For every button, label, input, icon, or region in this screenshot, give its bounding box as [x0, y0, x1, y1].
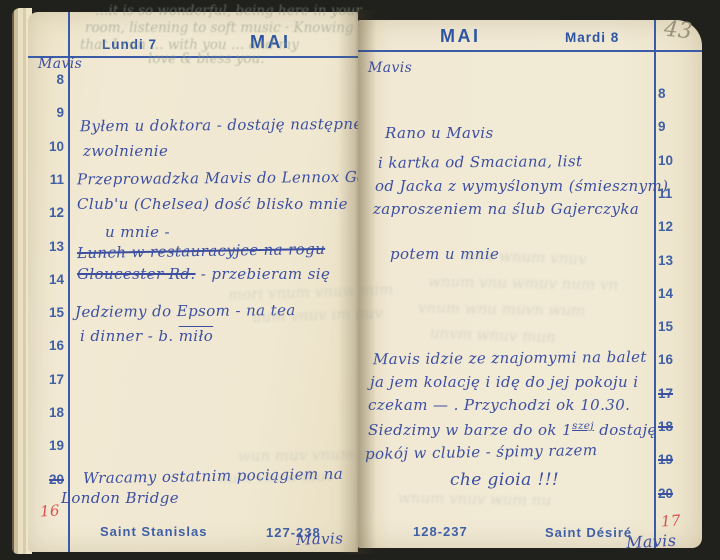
entry-text: Byłem u doktora - dostaję następne,	[80, 115, 368, 136]
entry-text: - przebieram się	[196, 265, 331, 283]
handwritten-entry: Mavis idzie ze znajomymi na balet	[373, 348, 647, 368]
hour-label-16: 16	[658, 352, 686, 367]
diary-scan: Lundi 7 MAI Mavis 8910111213141516171819…	[0, 0, 720, 560]
left-margin-rule	[68, 12, 70, 552]
hour-label-11: 11	[36, 172, 64, 187]
entry-text: i kartka od Smaciana, list	[378, 152, 583, 172]
left-saint-label: Saint Stanislas	[100, 524, 207, 539]
entry-text: szej	[572, 420, 594, 432]
right-page-number-pencil: 43	[663, 17, 693, 45]
handwritten-entry: Siedzimy w barze do ok 1szej dostaję	[368, 420, 657, 439]
hour-label-20: 20	[658, 486, 686, 501]
right-page-range: 128-237	[413, 524, 468, 539]
ghost-pencil-line: room, listening to soft music · Knowing	[85, 20, 354, 36]
handwritten-entry: Lunch w restauracyjce na rogu	[77, 240, 325, 262]
hour-label-9: 9	[36, 105, 64, 120]
entry-text: ja jem kolację i idę do jej pokoju i	[370, 373, 638, 391]
hour-label-13: 13	[36, 239, 64, 254]
handwritten-entry: che gioia !!!	[450, 470, 559, 490]
entry-text: London Bridge	[61, 489, 179, 507]
hour-label-15: 15	[36, 305, 64, 320]
right-red-week-number: 17	[660, 511, 681, 530]
handwritten-entry: i kartka od Smaciana, list	[378, 152, 583, 172]
handwritten-entry: Rano u Mavis	[385, 124, 494, 142]
hour-label-14: 14	[36, 272, 64, 287]
handwritten-entry: Przeprowadzka Mavis do Lennox Gdns	[77, 168, 385, 189]
show-through-scribble: num vnuw muv	[218, 467, 334, 487]
handwritten-entry: Byłem u doktora - dostaję następne,	[80, 115, 368, 136]
left-name-annotation: Mavis	[38, 56, 82, 72]
hour-label-19: 19	[658, 452, 686, 467]
hour-label-19: 19	[36, 438, 64, 453]
hour-label-8: 8	[658, 86, 686, 101]
entry-text: u mnie -	[105, 223, 170, 241]
entry-text: Przeprowadzka Mavis do Lennox Gdns	[77, 168, 385, 189]
show-through-scribble: wnum vnuv wum nu	[398, 489, 551, 510]
entry-text: czekam — . Przychodzi ok 10.30.	[368, 396, 630, 414]
right-name-annotation: Mavis	[368, 60, 412, 76]
hour-label-9: 9	[658, 119, 686, 134]
hour-label-18: 18	[658, 419, 686, 434]
show-through-scribble: vnum wnu muvn wum	[418, 299, 586, 320]
left-signature: Mavis	[296, 529, 344, 549]
entry-text: pokój w clubie - śpimy razem	[365, 441, 598, 463]
hour-label-12: 12	[36, 205, 64, 220]
hour-label-13: 13	[658, 253, 686, 268]
entry-text: che gioia !!!	[450, 470, 559, 490]
right-month-label: MAI	[440, 26, 481, 47]
hour-label-18: 18	[36, 405, 64, 420]
entry-text: Siedzimy w barze do ok 1	[368, 421, 572, 439]
entry-text: od Jacka z wymyślonym (śmiesznym)	[375, 177, 668, 195]
handwritten-entry: od Jacka z wymyślonym (śmiesznym)	[375, 177, 668, 195]
handwritten-entry: zaproszeniem na ślub Gajerczyka	[373, 200, 639, 218]
handwritten-entry: zwolnienie	[83, 142, 168, 160]
ghost-pencil-line: love & bless you.	[148, 51, 265, 67]
entry-text: miło	[179, 327, 214, 345]
handwritten-entry: Club'u (Chelsea) dość blisko mnie	[77, 195, 348, 213]
show-through-scribble: wun muv vnum nu	[238, 445, 378, 465]
hour-label-14: 14	[658, 286, 686, 301]
handwritten-entry: ja jem kolację i idę do jej pokoju i	[370, 373, 638, 391]
right-day-label: Mardi 8	[565, 30, 619, 45]
hour-label-20: 20	[36, 472, 64, 487]
entry-text: Gloucester Rd.	[77, 265, 196, 283]
hour-label-17: 17	[36, 372, 64, 387]
hour-label-17: 17	[658, 386, 686, 401]
entry-text: Club'u (Chelsea) dość blisko mnie	[77, 195, 348, 213]
entry-text: i dinner - b.	[80, 327, 179, 345]
handwritten-entry: London Bridge	[61, 489, 179, 507]
handwritten-entry: czekam — . Przychodzi ok 10.30.	[368, 396, 630, 414]
show-through-scribble: wnum vnu wmuv num vn	[428, 272, 618, 293]
entry-text: zaproszeniem na ślub Gajerczyka	[373, 200, 639, 218]
entry-text: dostaję	[594, 421, 657, 439]
handwritten-entry: u mnie -	[105, 223, 170, 241]
hour-label-10: 10	[658, 153, 686, 168]
hour-label-16: 16	[36, 338, 64, 353]
entry-text: Rano u Mavis	[385, 124, 494, 142]
right-saint-label: Saint Désiré	[545, 525, 632, 540]
ghost-pencil-line: …it is so wonderful, being here in your	[95, 3, 362, 19]
handwritten-entry: pokój w clubie - śpimy razem	[365, 441, 598, 463]
entry-text: Lunch w restauracyjce na rogu	[77, 240, 325, 262]
right-margin-rule	[654, 20, 656, 548]
hour-label-10: 10	[36, 139, 64, 154]
hour-label-12: 12	[658, 219, 686, 234]
entry-text: Mavis idzie ze znajomymi na balet	[373, 348, 647, 368]
right-signature: Mavis	[626, 531, 677, 553]
handwritten-entry: i dinner - b. miło	[80, 327, 213, 345]
right-header-rule	[358, 50, 702, 52]
entry-text: zwolnienie	[83, 142, 168, 160]
hour-label-8: 8	[36, 72, 64, 87]
left-red-week-number: 16	[39, 501, 60, 520]
handwritten-entry: Gloucester Rd. - przebieram się	[77, 265, 330, 283]
hour-label-15: 15	[658, 319, 686, 334]
